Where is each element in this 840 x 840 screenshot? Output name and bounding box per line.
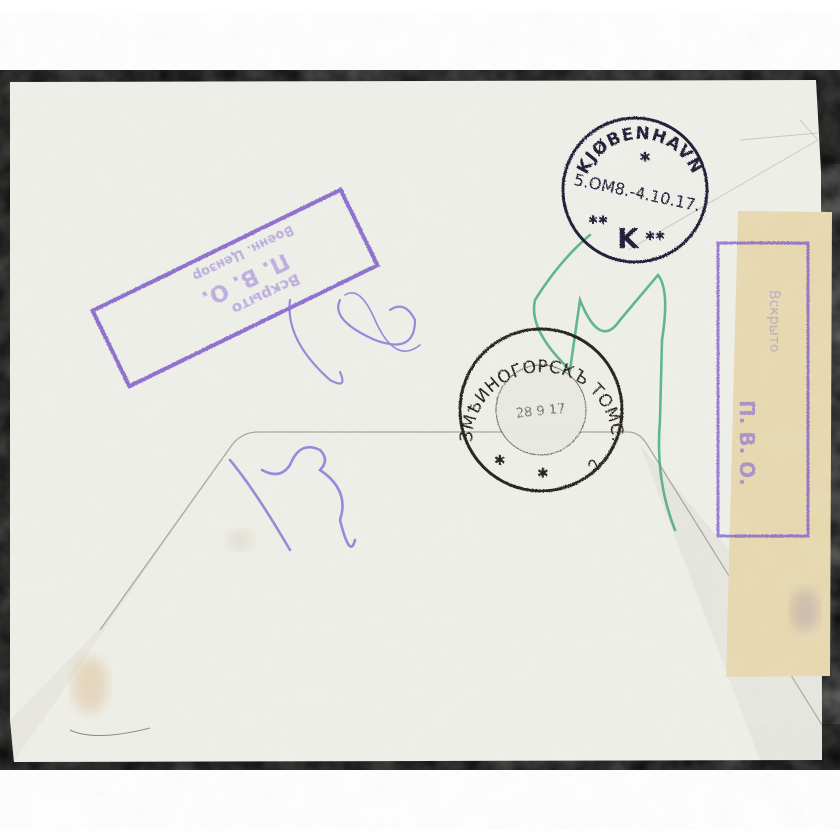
tape-smudge	[791, 588, 819, 632]
postmark-copenhagen-stars-right: ✱✱	[645, 229, 665, 243]
postmark-copenhagen-letter: K	[617, 222, 640, 255]
postmark-copenhagen-star-top: ✱	[639, 150, 651, 166]
envelope-photo: Вскрыто П. В. О. Военн. Цензор KJØBENHAV…	[0, 0, 840, 840]
stain-bottom-left	[72, 657, 108, 713]
postmark-copenhagen-stars-left: ✱✱	[588, 213, 608, 227]
postmark-zmeinogorsk-star-2: ✱	[537, 466, 549, 482]
stain-left	[226, 530, 254, 550]
paper-texture	[10, 80, 822, 762]
censor-right-line2: П. В. О.	[735, 400, 759, 486]
postmark-zmeinogorsk-star-1: ✱	[494, 453, 506, 469]
envelope-back	[10, 80, 822, 762]
censor-right-line1: Вскрыто	[766, 290, 782, 352]
censor-tape: Вскрыто П. В. О.	[718, 211, 832, 677]
